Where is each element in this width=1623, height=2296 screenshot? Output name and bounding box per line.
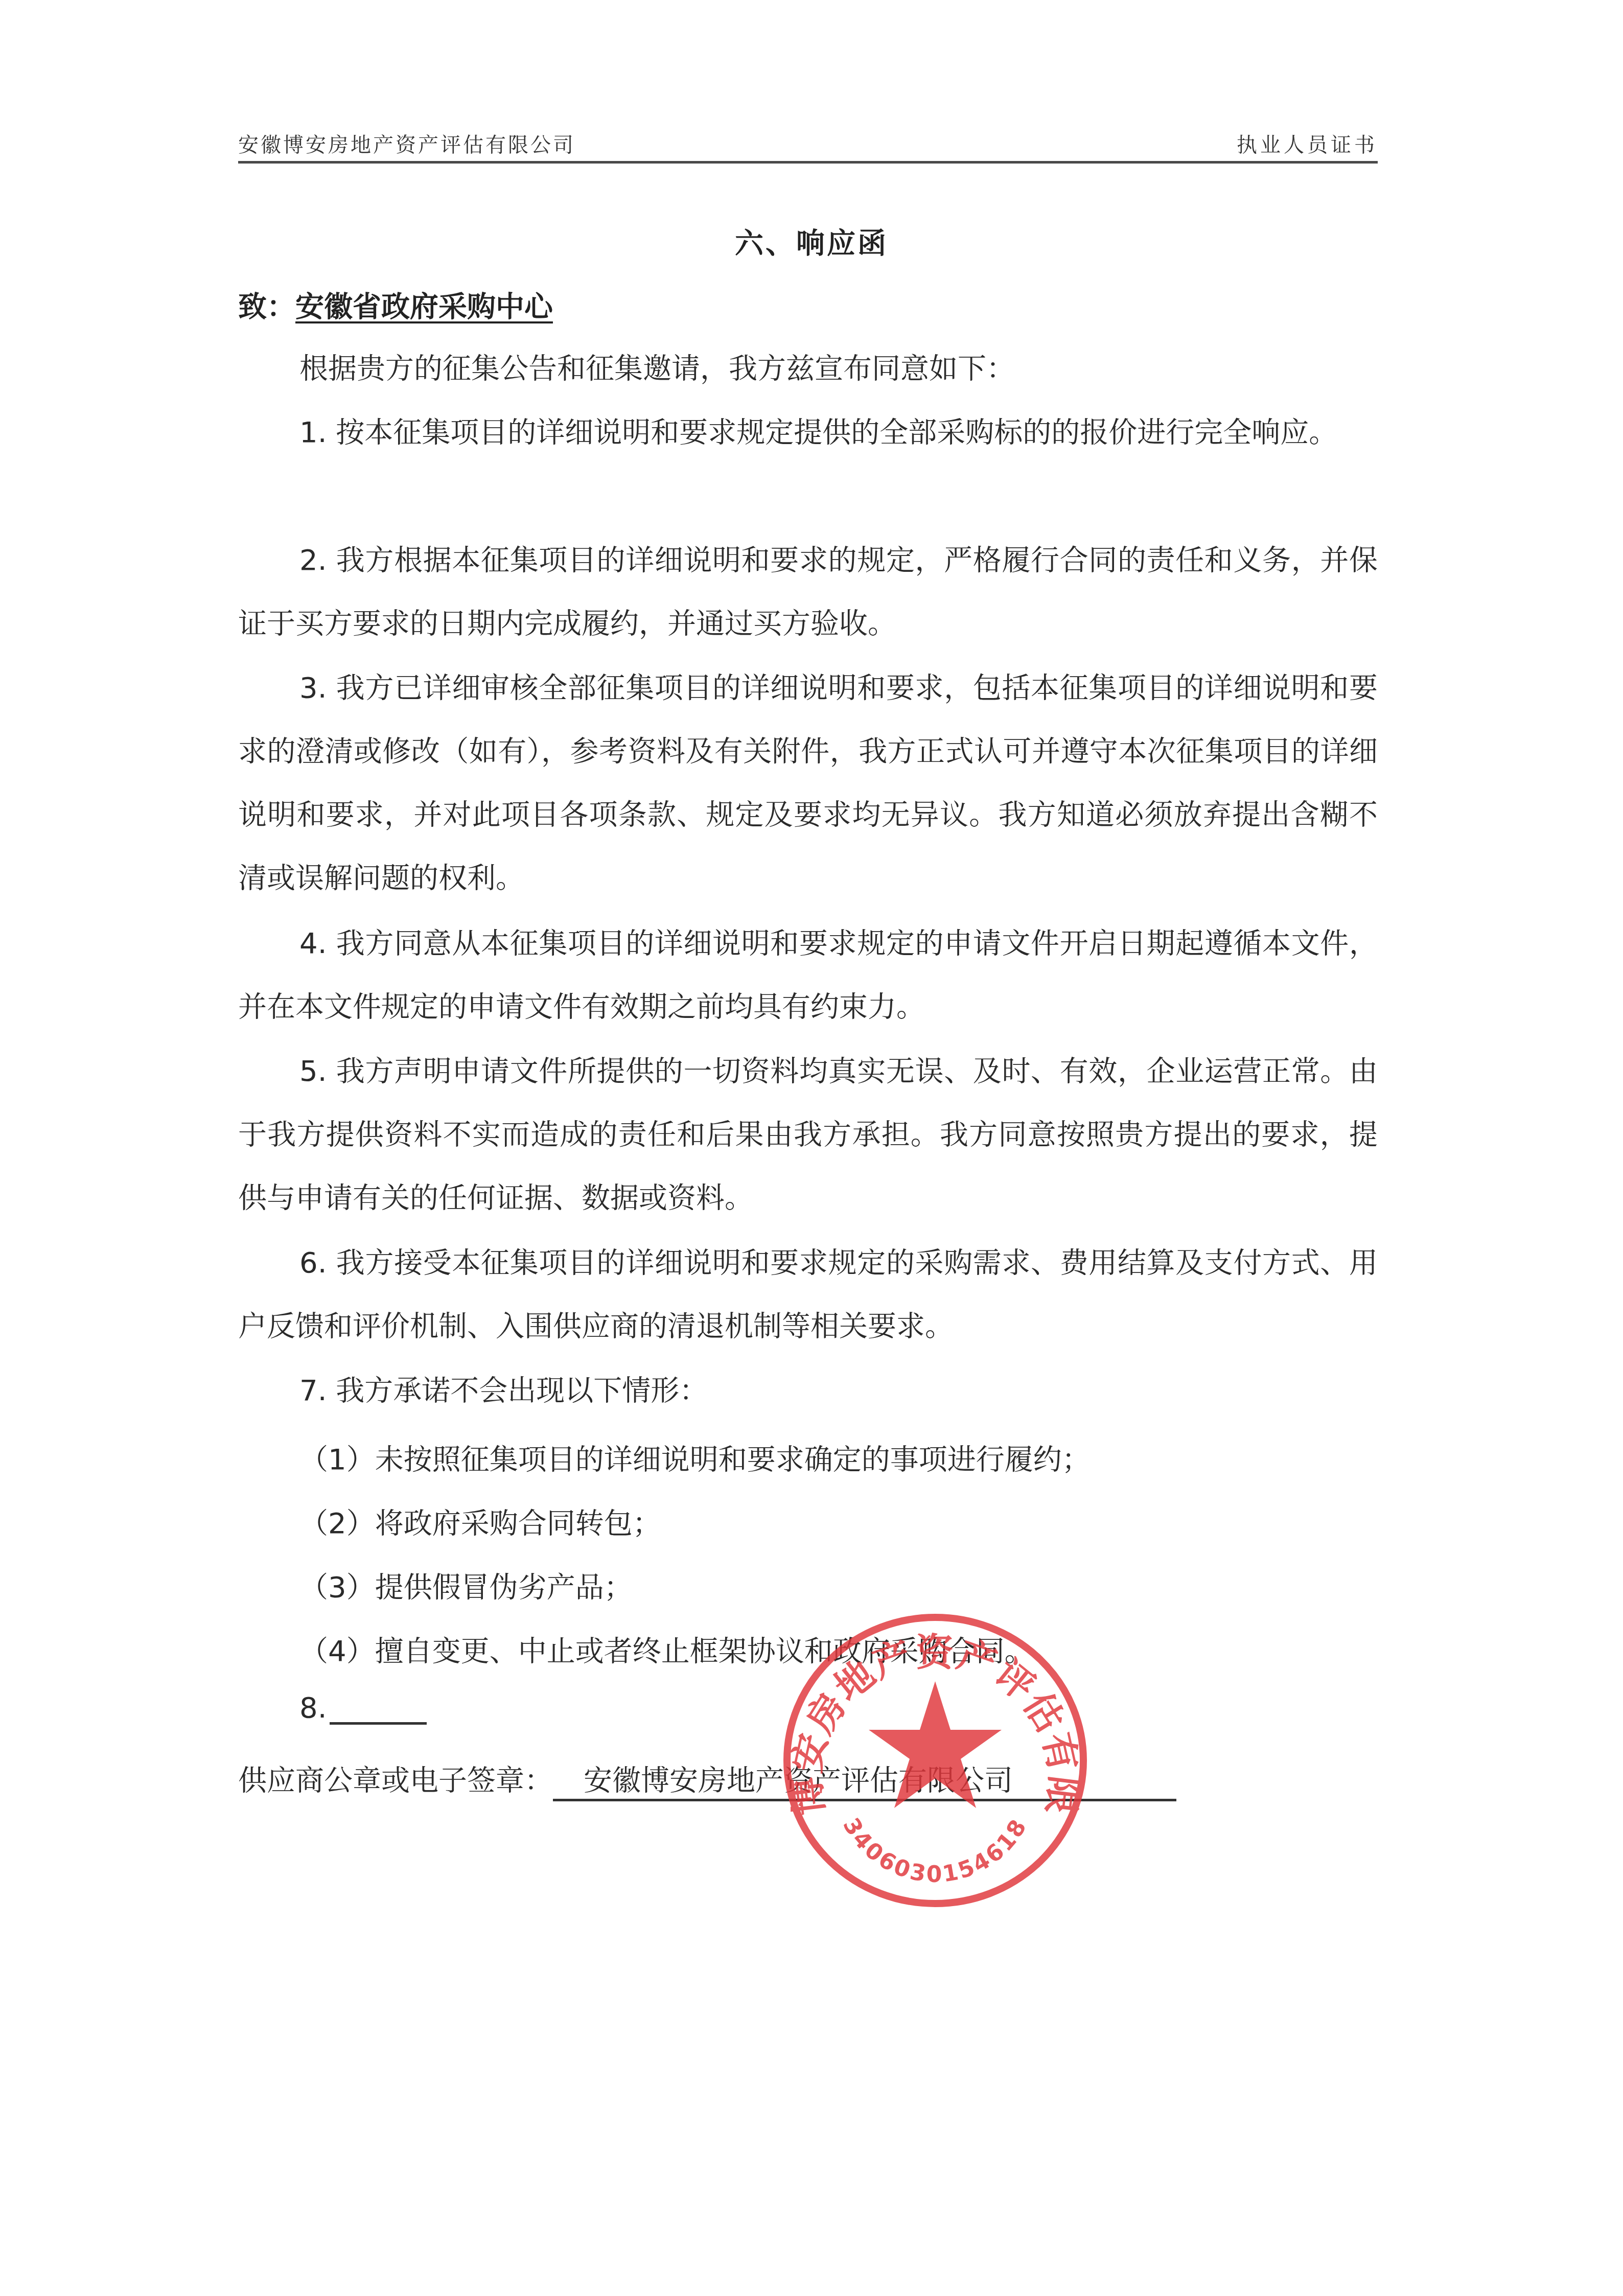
signature-line: 供应商公章或电子签章：安徽博安房地产资产评估有限公司 xyxy=(238,1758,1176,1801)
clause-1: 1. 按本征集项目的详细说明和要求规定提供的全部采购标的的报价进行完全响应。 xyxy=(238,401,1378,465)
recipient-name: 安徽省政府采购中心 xyxy=(295,290,553,323)
header-company: 安徽博安房地产资产评估有限公司 xyxy=(238,129,575,158)
intro-paragraph: 根据贵方的征集公告和征集邀请，我方兹宣布同意如下： xyxy=(238,337,1378,401)
signature-value: 安徽博安房地产资产评估有限公司 xyxy=(553,1758,1176,1801)
svg-text:3406030154618: 3406030154618 xyxy=(838,1814,1032,1888)
signature-label: 供应商公章或电子签章： xyxy=(238,1764,553,1797)
document-title: 六、响应函 xyxy=(0,221,1623,262)
header-section-label: 执业人员证书 xyxy=(1237,129,1378,158)
clause-2: 2. 我方根据本征集项目的详细说明和要求的规定，严格履行合同的责任和义务，并保证… xyxy=(238,529,1378,656)
clause-6: 6. 我方接受本征集项目的详细说明和要求规定的采购需求、费用结算及支付方式、用户… xyxy=(238,1232,1378,1358)
clause-4: 4. 我方同意从本征集项目的详细说明和要求规定的申请文件开启日期起遵循本文件，并… xyxy=(238,912,1378,1039)
sub-item-4: （4）擅自变更、中止或者终止框架协议和政府采购合同。 xyxy=(299,1629,1033,1669)
sub-item-1: （1）未按照征集项目的详细说明和要求确定的事项进行履约； xyxy=(299,1437,1091,1478)
clause-8-label: 8. xyxy=(299,1691,327,1725)
sub-item-2: （2）将政府采购合同转包； xyxy=(299,1501,661,1542)
clause-5: 5. 我方声明申请文件所提供的一切资料均真实无误、及时、有效，企业运营正常。由于… xyxy=(238,1040,1378,1230)
clause-8-blank xyxy=(330,1697,427,1725)
seal-code: 3406030154618 xyxy=(838,1814,1032,1888)
clause-8: 8. xyxy=(299,1691,427,1725)
clause-3: 3. 我方已详细审核全部征集项目的详细说明和要求，包括本征集项目的详细说明和要求… xyxy=(238,657,1378,910)
page-header: 安徽博安房地产资产评估有限公司 执业人员证书 xyxy=(238,130,1378,164)
recipient-line: 致：安徽省政府采购中心 xyxy=(238,284,553,325)
clause-7: 7. 我方承诺不会出现以下情形： xyxy=(238,1359,1378,1423)
sub-item-3: （3）提供假冒伪劣产品； xyxy=(299,1565,633,1606)
recipient-prefix: 致： xyxy=(238,290,295,323)
